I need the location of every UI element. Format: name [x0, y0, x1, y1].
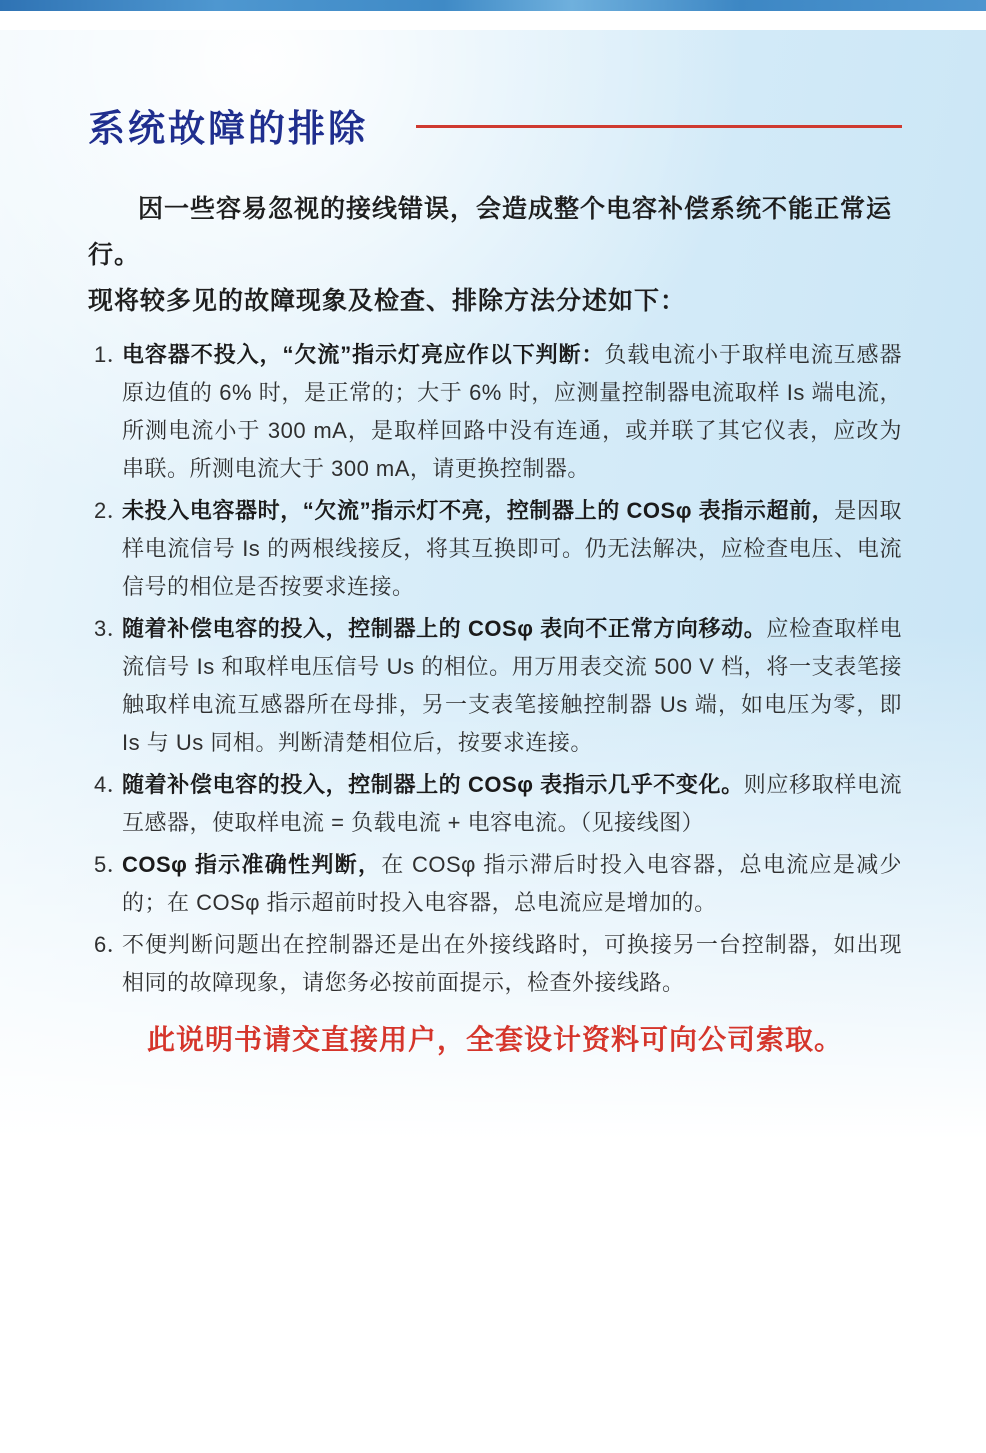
footer-notice: 此说明书请交直接用户，全套设计资料可向公司索取。: [88, 1018, 902, 1058]
title-row: 系统故障的排除: [88, 0, 902, 152]
list-item: 2．未投入电容器时，“欠流”指示灯不亮，控制器上的 COSφ 表指示超前，是因取…: [94, 492, 902, 606]
list-item: 5．COSφ 指示准确性判断，在 COSφ 指示滞后时投入电容器，总电流应是减少…: [94, 846, 902, 922]
item-lead: COSφ 指示准确性判断，: [122, 852, 381, 877]
item-number: 6．: [94, 926, 129, 964]
item-lead: 随着补偿电容的投入，控制器上的 COSφ 表向不正常方向移动。: [122, 616, 766, 641]
item-number: 4．: [94, 766, 129, 804]
list-item: 3．随着补偿电容的投入，控制器上的 COSφ 表向不正常方向移动。应检查取样电流…: [94, 610, 902, 762]
item-lead: 电容器不投入，“欠流”指示灯亮应作以下判断：: [122, 342, 604, 367]
list-item: 6．不便判断问题出在控制器还是出在外接线路时，可换接另一台控制器，如出现相同的故…: [94, 926, 902, 1002]
page-content: 系统故障的排除 因一些容易忽视的接线错误，会造成整个电容补偿系统不能正常运行。 …: [0, 0, 986, 1058]
manual-page: 系统故障的排除 因一些容易忽视的接线错误，会造成整个电容补偿系统不能正常运行。 …: [0, 0, 986, 1453]
intro-paragraph: 因一些容易忽视的接线错误，会造成整个电容补偿系统不能正常运行。 现将较多见的故障…: [88, 186, 902, 324]
item-number: 1．: [94, 336, 129, 374]
item-lead: 随着补偿电容的投入，控制器上的 COSφ 表指示几乎不变化。: [122, 772, 744, 797]
item-lead: 未投入电容器时，“欠流”指示灯不亮，控制器上的 COSφ 表指示超前，: [122, 498, 834, 523]
list-item: 4．随着补偿电容的投入，控制器上的 COSφ 表指示几乎不变化。则应移取样电流互…: [94, 766, 902, 842]
item-number: 3．: [94, 610, 129, 648]
item-number: 2．: [94, 492, 129, 530]
intro-line-1: 因一些容易忽视的接线错误，会造成整个电容补偿系统不能正常运行。: [88, 186, 902, 278]
intro-line-2: 现将较多见的故障现象及检查、排除方法分述如下：: [88, 278, 902, 324]
item-number: 5．: [94, 846, 129, 884]
troubleshooting-list: 1．电容器不投入，“欠流”指示灯亮应作以下判断：负载电流小于取样电流互感器原边值…: [88, 336, 902, 1002]
item-body: 不便判断问题出在控制器还是出在外接线路时，可换接另一台控制器，如出现相同的故障现…: [122, 932, 902, 995]
title-rule-line: [416, 125, 902, 128]
page-title: 系统故障的排除: [88, 98, 368, 152]
list-item: 1．电容器不投入，“欠流”指示灯亮应作以下判断：负载电流小于取样电流互感器原边值…: [94, 336, 902, 488]
